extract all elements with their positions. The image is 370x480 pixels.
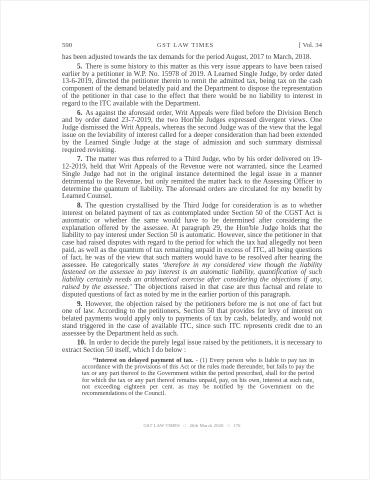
scanned-page: 590 GST LAW TIMES [ Vol. 34 has been adj… <box>0 0 370 480</box>
paragraph-text: As against the aforesaid order, Writ App… <box>62 109 322 154</box>
page-footer: GST LAW TIMES□26th March 2020□176 <box>62 423 322 428</box>
paragraph-8: 8.The question crystallised by the Third… <box>62 202 322 298</box>
footer-journal: GST LAW TIMES <box>143 423 180 428</box>
paragraph-text: The question crystallised by the Third J… <box>62 202 322 269</box>
paragraph-6: 6.As against the aforesaid order, Writ A… <box>62 109 322 153</box>
square-separator-icon: □ <box>227 424 230 429</box>
footer-page-ref: 176 <box>233 423 240 428</box>
page-content: 590 GST LAW TIMES [ Vol. 34 has been adj… <box>62 41 322 397</box>
paragraph-text: In order to decide the purely legal issu… <box>62 339 322 354</box>
paragraph-5: 5.There is some history to this matter a… <box>62 63 322 107</box>
paragraph-10: 10.In order to decide the purely legal i… <box>62 339 322 354</box>
paragraph-text: There is some history to this matter as … <box>62 62 322 107</box>
journal-page: 590 GST LAW TIMES [ Vol. 34 has been adj… <box>0 0 370 480</box>
paragraph-text: The matter was thus referred to a Third … <box>62 155 322 200</box>
paragraph-continuation: has been adjusted towards the tax demand… <box>62 54 322 61</box>
square-separator-icon: □ <box>183 424 186 429</box>
page-header: 590 GST LAW TIMES [ Vol. 34 <box>62 41 322 49</box>
footer-date: 26th March 2020 <box>190 423 224 428</box>
paragraph-9: 9.However, the objection raised by the p… <box>62 300 322 337</box>
header-volume: [ Vol. 34 <box>299 41 322 49</box>
header-page-number: 590 <box>62 41 72 49</box>
paragraph-7: 7.The matter was thus referred to a Thir… <box>62 156 322 200</box>
header-journal-title: GST LAW TIMES <box>157 42 214 50</box>
statute-text: - (1) Every person who is liable to pay … <box>82 357 314 397</box>
statute-extract-section-50: “Interest on delayed payment of tax. - (… <box>82 357 314 397</box>
paragraph-text: However, the objection raised by the pet… <box>62 300 322 338</box>
